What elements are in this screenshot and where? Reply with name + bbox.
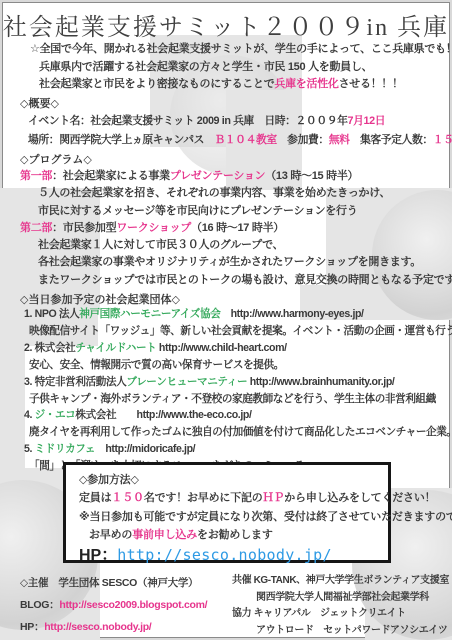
org-2-desc: 安心、安全、情報開示で質の高い保育サービスを提供。: [24, 357, 452, 374]
org-5-title: 5. ミドリカフェ http://midoricafe.jp/: [24, 441, 452, 458]
blog-label: BLOG：: [20, 599, 59, 611]
intro-line-3-highlight: 兵庫を活性化: [274, 78, 338, 90]
page-title: 社会起業支援サミット２００９in 兵庫: [0, 7, 452, 42]
blog-line: BLOG：http://sesco2009.blogspot.com/: [20, 594, 207, 616]
application-line-3: お早めの事前申し込みをお勧めします: [79, 526, 380, 544]
overview-place-line: 場所：関西学院大学上ヵ原キャンパス Ｂ１０４教室 参加費：無料 集客予定人数：１…: [28, 131, 452, 150]
org-1-url[interactable]: http://www.harmony-eyes.jp/: [220, 308, 363, 320]
org-2-url[interactable]: http://www.child-heart.com/: [156, 342, 286, 354]
org-5-prefix: 5.: [24, 443, 35, 455]
cohost-line-1: 共催 KG-TANK、神戸大学学生ボランティア支援室: [232, 573, 449, 590]
place-text: 場所：関西学院大学上ヵ原キャンパス: [28, 134, 214, 146]
org-3-name: ブレーンヒューマニティー: [126, 376, 247, 388]
application-box: ◇参加方法◇ 定員は１５０名です！お早めに下記のＨＰから申し込みをしてください！…: [63, 462, 391, 563]
program-block: 第一部：社会起業家による事業プレゼンテーション（13 時～15 時半） ５人の社…: [20, 168, 452, 289]
section-heading-overview: ◇概要◇: [20, 95, 59, 111]
org-2-name: チャイルドハート: [75, 342, 156, 354]
org-4-url[interactable]: http://www.the-eco.co.jp/: [116, 409, 251, 421]
app-hp-highlight: ＨＰ: [263, 492, 285, 504]
org-1-title: 1. NPO 法人神戸国際ハーモニーアイズ協会 http://www.harmo…: [24, 306, 452, 323]
program-part1-desc-2: 市民に対するメッセージ等を市民向けにプレゼンテーションを行う: [20, 203, 452, 220]
event-date: 7月12日: [348, 115, 386, 127]
section-heading-organizations: ◇当日参加予定の社会起業団体◇: [20, 291, 180, 307]
section-heading-program: ◇プログラム◇: [20, 151, 92, 167]
app-line1-text-3: から申し込みをしてください！: [284, 492, 435, 504]
org-5-url[interactable]: http://midoricafe.jp/: [95, 443, 195, 455]
intro-line-3-text: 社会起業家と市民をより密接なものにすることで: [39, 78, 274, 90]
org-3-title: 3. 特定非営利活動法人ブレーンヒューマニティー http://www.brai…: [24, 374, 452, 391]
part1-text: ：社会起業家による事業: [52, 170, 170, 182]
program-part1-desc-1: ５人の社会起業家を招き、それぞれの事業内容、事業を始めたきっかけ、: [20, 185, 452, 202]
organizations-block: 1. NPO 法人神戸国際ハーモニーアイズ協会 http://www.harmo…: [24, 306, 452, 475]
app-line1-text: 定員は: [79, 492, 111, 504]
app-line1-text-2: 名です！お早めに下記の: [144, 492, 263, 504]
application-line-2: ※当日参加も可能ですが定員になり次第、受付は終了させていただきますので: [79, 508, 380, 526]
program-part2-title: 第二部：市民参加型ワークショップ（16 時～17 時半）: [20, 220, 452, 237]
org-3-prefix: 3. 特定非営利活動法人: [24, 376, 126, 388]
footer-hp-label: HP：: [20, 621, 44, 633]
support-line-1: 協力 キャリアパル ジェットクリエイト: [232, 606, 449, 623]
org-4-desc: 廃タイヤを再利用して作ったゴムに独自の付加価値を付けて商品化したエコベンチャー企…: [24, 424, 452, 441]
capacity-label: 集客予定人数：: [350, 134, 433, 146]
application-hp-line: HP：http://sesco.nobody.jp/: [79, 546, 380, 565]
app-line3-highlight: 事前申し込み: [132, 529, 197, 541]
org-2-title: 2. 株式会社チャイルドハート http://www.child-heart.c…: [24, 340, 452, 357]
intro-line-1: ☆全国で今年、開かれる社会起業支援サミットが、学生の手によって、ここ兵庫県でも！: [30, 41, 452, 59]
application-hp-link[interactable]: http://sesco.nobody.jp/: [117, 546, 332, 564]
intro-line-2: 兵庫県内で活躍する社会起業家の方々と学生・市民 150 人を動員し、: [30, 59, 452, 77]
footer-left: ◇主催 学生団体 SESCO（神戸大学） BLOG：http://sesco20…: [20, 572, 207, 638]
hp-label: HP：: [79, 547, 117, 565]
part2-time: （16 時～17 時半）: [191, 222, 284, 234]
org-3-url[interactable]: http://www.brainhumanity.or.jp/: [247, 376, 394, 388]
footer-hp-line: HP：http://sesco.nobody.jp/: [20, 616, 207, 638]
cohost-line-2: 関西学院大学人間福祉学部社会起業学科: [232, 590, 449, 607]
org-4-suffix: 株式会社: [75, 409, 116, 421]
footer-hp-link[interactable]: http://sesco.nobody.jp/: [44, 621, 151, 633]
flyer-page: 社会起業支援サミット２００９in 兵庫 ☆全国で今年、開かれる社会起業支援サミッ…: [0, 0, 452, 640]
intro-line-3: 社会起業家と市民をより密接なものにすることで兵庫を活性化させる！！！: [30, 76, 452, 94]
org-4-name: ジ・エコ: [35, 409, 76, 421]
part1-highlight: プレゼンテーション: [170, 170, 265, 182]
program-part2-desc-1: 社会起業家１人に対して市民３０人のグループで、: [20, 237, 452, 254]
program-part2-desc-2: 各社会起業家の事業やオリジナリティが生かされたワークショップを開きます。: [20, 254, 452, 271]
capacity-value: １５０人: [433, 134, 452, 146]
program-part2-desc-3: またワークショップでは市民とのトークの場も設け、意見交換の時間ともなる予定です: [20, 272, 452, 289]
overview-event-line: イベント名：社会起業支援サミット 2009 in 兵庫 日時：２００９年7月12…: [28, 112, 452, 131]
support-line-2: アウトロード セットパワードアソシエイツ: [232, 623, 449, 640]
application-line-1: 定員は１５０名です！お早めに下記のＨＰから申し込みをしてください！: [79, 489, 380, 507]
org-2-prefix: 2. 株式会社: [24, 342, 75, 354]
application-heading: ◇参加方法◇: [79, 471, 380, 489]
footer-right: 共催 KG-TANK、神戸大学学生ボランティア支援室 関西学院大学人間福祉学部社…: [232, 573, 449, 639]
app-line3-text: お早めの: [89, 529, 132, 541]
org-4-title: 4. ジ・エコ株式会社 http://www.the-eco.co.jp/: [24, 407, 452, 424]
event-name-text: イベント名：社会起業支援サミット 2009 in 兵庫 日時：２００９年: [28, 115, 348, 127]
overview-block: イベント名：社会起業支援サミット 2009 in 兵庫 日時：２００９年7月12…: [28, 112, 452, 149]
part1-time: （13 時～15 時半）: [265, 170, 358, 182]
place-room: Ｂ１０４教室: [214, 134, 276, 146]
org-1-prefix: 1. NPO 法人: [24, 308, 79, 320]
blog-link[interactable]: http://sesco2009.blogspot.com/: [59, 599, 207, 611]
host-line: ◇主催 学生団体 SESCO（神戸大学）: [20, 572, 207, 594]
part2-highlight: ワークショップ: [116, 222, 191, 234]
org-4-prefix: 4.: [24, 409, 35, 421]
part2-label: 第二部: [20, 222, 52, 234]
fee-value: 無料: [329, 134, 350, 146]
org-1-name: 神戸国際ハーモニーアイズ協会: [79, 308, 220, 320]
org-1-desc: 映像配信サイト「ワッジュ」等、新しい社会貢献を提案。イベント・活動の企画・運営も…: [24, 323, 452, 340]
org-3-desc: 子供キャンプ・海外ボランティア・不登校の家庭教師などを行う、学生主体の非営利組織: [24, 391, 452, 408]
app-capacity: １５０: [111, 492, 143, 504]
part1-label: 第一部: [20, 170, 52, 182]
fee-label: 参加費：: [277, 134, 329, 146]
part2-text: ：市民参加型: [52, 222, 116, 234]
intro-line-3-text-end: させる！！！: [339, 78, 403, 90]
org-5-name: ミドリカフェ: [35, 443, 96, 455]
app-line3-text-2: をお勧めします: [197, 529, 273, 541]
program-part1-title: 第一部：社会起業家による事業プレゼンテーション（13 時～15 時半）: [20, 168, 452, 185]
intro-block: ☆全国で今年、開かれる社会起業支援サミットが、学生の手によって、ここ兵庫県でも！…: [30, 41, 452, 94]
